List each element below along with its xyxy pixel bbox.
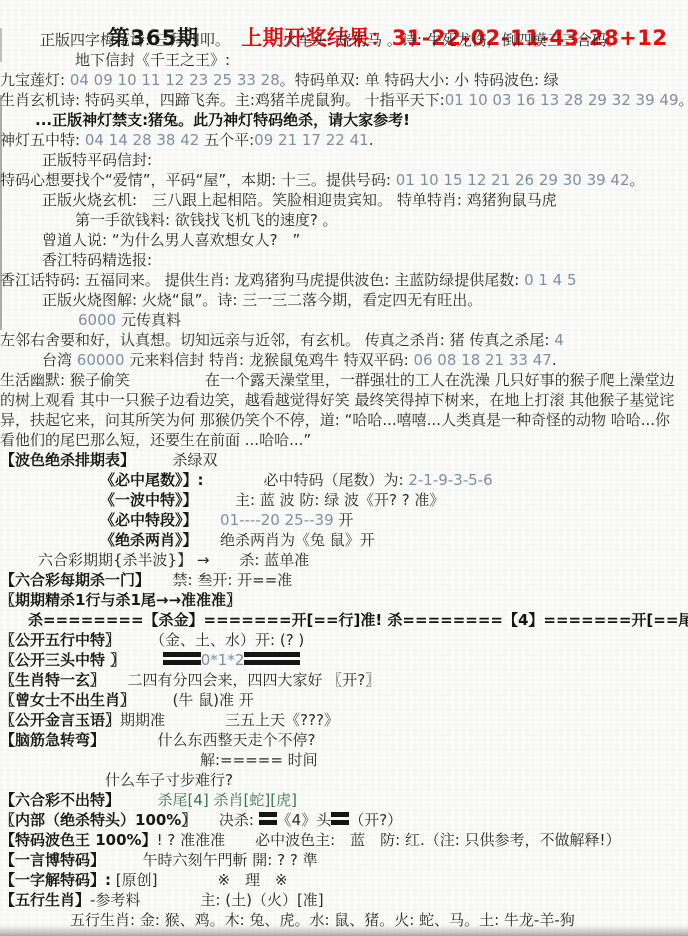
text-segment: 杀绿双 bbox=[128, 451, 218, 469]
text-segment: 01 10 15 12 21 26 29 30 39 42 bbox=[396, 171, 630, 189]
document-body: 正版四字梅花诗: 三拜四叩。 火车头: 烧伤马 。诗: 牛死龙伤，倒四模三三合码… bbox=[0, 29, 688, 930]
text-line: 【波色绝杀排期表】 杀绿双 bbox=[0, 450, 688, 470]
text-segment: 正版火烧玄机: 三八跟上起相陪。笑脸相迎贵宾知。 特单特肖: 鸡猪狗鼠马虎 bbox=[42, 191, 557, 209]
text-line: 香江特码精选报: bbox=[0, 250, 688, 270]
text-line: 杀========【杀金】=======开[==行]准! 杀========【4… bbox=[0, 610, 688, 630]
text-segment: 正版特平码信封: bbox=[42, 151, 152, 169]
text-line: 《绝杀两肖》】 绝杀两肖为《兔 鼠》开 bbox=[0, 530, 688, 550]
text-line: 《必中尾数》】: 必中特码（尾数）为: 2-1-9-3-5-6 bbox=[0, 470, 688, 490]
text-line: 地下信封《千王之王》: bbox=[0, 50, 688, 70]
text-segment: 六合彩期期{杀半波}】 → 杀: 蓝单准 bbox=[38, 551, 309, 569]
text-segment: 【脑筋急转弯】 bbox=[0, 731, 98, 749]
text-segment: ...正版神灯禁支:猪兔。此乃神灯特码绝杀，请大家参考! bbox=[35, 111, 410, 129]
text-line: 第一手欲钱料: 欲钱找飞机飞的速度? 。 bbox=[0, 210, 688, 230]
text-segment: 【波色绝杀排期表】 bbox=[0, 451, 128, 469]
scan-artifact-top bbox=[0, 28, 2, 62]
text-segment: 〖公开三头中特 〗 bbox=[0, 651, 118, 669]
text-segment: 【特码波色王 100%】 bbox=[0, 831, 157, 849]
text-segment: 〖生肖特一玄〗 bbox=[0, 671, 98, 689]
text-line: 【特码波色王 100%】! ? 准准准 必中波色主: 蓝 防: 红.（注: 只供… bbox=[0, 830, 688, 850]
text-segment: 〖期期精杀1行与杀1尾→→准准准〗 bbox=[0, 591, 241, 609]
text-segment: 曾道人说: “为什么男人喜欢想女人? ” bbox=[42, 231, 300, 249]
text-segment: 【一言博特码】 bbox=[0, 851, 98, 869]
text-line: 〖公开五行中特〗 （金、土、水）开: (? ) bbox=[0, 630, 688, 650]
text-segment: 〖内部（绝杀特头）100%〗 bbox=[0, 811, 189, 829]
text-segment: 主: 蓝 波 防: 绿 波《开? ? 准》 bbox=[190, 491, 444, 509]
text-segment: 《必中特段》】 bbox=[100, 511, 190, 529]
text-segment: 必中特码（尾数）为: bbox=[204, 471, 409, 489]
text-segment: 【六合彩不出特】 bbox=[0, 791, 113, 809]
text-line: 【一言博特码】 午時六刻午門斬 開: ? ? 準 bbox=[0, 850, 688, 870]
text-line: 神灯五中特: 04 14 28 38 42 五个平:09 21 17 22 41… bbox=[0, 130, 688, 150]
text-line: 看他们的尾巴那么短，还要生在前面 ...哈哈...” bbox=[0, 430, 688, 450]
text-segment: 【一字解特码】: bbox=[0, 871, 111, 889]
text-line: 【脑筋急转弯】 什么东西整天走个不停? bbox=[0, 730, 688, 750]
text-line: ...正版神灯禁支:猪兔。此乃神灯特码绝杀，请大家参考! bbox=[0, 110, 688, 130]
text-segment: 杀========【杀金】=======开[==行]准! 杀========【4… bbox=[28, 611, 688, 629]
text-segment: 60000 bbox=[77, 351, 125, 369]
text-segment: 生肖玄机诗: 特码买单，四蹄飞奔。主:鸡猪羊虎鼠狗。 十指平天下: bbox=[0, 91, 445, 109]
text-segment: 01----20 25--39 bbox=[220, 511, 334, 529]
text-line: 《必中特段》】 01----20 25--39 开 bbox=[0, 510, 688, 530]
text-segment: [原创] ※ 理 ※ bbox=[111, 871, 288, 889]
text-line: 香江话特码: 五福同来。 提供生肖: 龙鸡猪狗马虎提供波色: 主蓝防绿提供尾数:… bbox=[0, 270, 688, 290]
text-segment: （开?） bbox=[349, 811, 402, 829]
text-segment bbox=[118, 651, 163, 669]
text-segment: 决杀: bbox=[189, 811, 259, 829]
text-segment: 第一手欲钱料: 欲钱找飞机飞的速度? 。 bbox=[75, 211, 338, 229]
text-segment: 左邻右舍要和好，认真想。切知远亲与近邻，有玄机。 传真之杀肖: 猪 传真之杀尾: bbox=[0, 331, 554, 349]
text-line: 【六合彩不出特】 杀尾[4] 杀肖[蛇][虎] bbox=[0, 790, 688, 810]
text-segment: 异，扶起它来，问其所笑为何 那猴仍笑个不停，道: “哈哈...嘻嘻...人类真是… bbox=[0, 411, 670, 429]
text-line: 左邻右舍要和好，认真想。切知远亲与近邻，有玄机。 传真之杀肖: 猪 传真之杀尾:… bbox=[0, 330, 688, 350]
text-segment: 二四有分四会来，四四大家好 〖开?〗 bbox=[98, 671, 381, 689]
text-segment: 看他们的尾巴那么短，还要生在前面 ...哈哈...” bbox=[0, 431, 311, 449]
text-segment: 09 21 17 22 41 bbox=[254, 131, 369, 149]
text-line: 正版火烧玄机: 三八跟上起相陪。笑脸相迎贵宾知。 特单特肖: 鸡猪狗鼠马虎 bbox=[0, 190, 688, 210]
text-line: 的树上观看 其中一只猴子边看边笑，越看越觉得好笑 最终笑得掉下树来，在地上打滚 … bbox=[0, 390, 688, 410]
text-segment: 期期准 三五上天《???》 bbox=[120, 711, 339, 729]
text-segment: 《绝杀两肖》】 bbox=[100, 531, 190, 549]
text-segment: 04 14 28 38 42 bbox=[85, 131, 200, 149]
text-segment: 〖公开金言玉语〗 bbox=[0, 711, 120, 729]
text-segment: 解:===== 时间 bbox=[200, 751, 318, 769]
text-segment: 6000 bbox=[78, 311, 116, 329]
text-segment: . bbox=[369, 131, 374, 149]
text-line: 〖公开三头中特 〗 0*1*2 bbox=[0, 650, 688, 670]
text-segment: 的树上观看 其中一只猴子边看边笑，越看越觉得好笑 最终笑得掉下树来，在地上打滚 … bbox=[0, 391, 674, 409]
black-bar bbox=[259, 812, 277, 825]
text-segment: 04 09 10 11 12 23 25 33 28 bbox=[70, 71, 280, 89]
text-line: 【一字解特码】: [原创] ※ 理 ※ bbox=[0, 870, 688, 890]
text-segment: 神灯五中特: bbox=[0, 131, 85, 149]
text-segment: 06 08 18 21 33 47 bbox=[413, 351, 551, 369]
text-segment: (牛 鼠)准 开 bbox=[128, 691, 254, 709]
text-segment: 〖曾女士不出生肖〗 bbox=[0, 691, 128, 709]
text-line: 特码心想要找个“爱情”，平码“屋”，本期: 十三。提供号码: 01 10 15 … bbox=[0, 170, 688, 190]
text-line: 〖曾女士不出生肖〗 (牛 鼠)准 开 bbox=[0, 690, 688, 710]
text-segment: . bbox=[552, 351, 557, 369]
text-line: 《一波中特》】 主: 蓝 波 防: 绿 波《开? ? 准》 bbox=[0, 490, 688, 510]
text-segment: 《一波中特》】 bbox=[100, 491, 190, 509]
text-segment: 禁: 叁开: 开==准 bbox=[143, 571, 293, 589]
text-line: 解:===== 时间 bbox=[0, 750, 688, 770]
text-segment: 《4》头 bbox=[277, 811, 332, 829]
text-segment: 香江话特码: 五福同来。 提供生肖: 龙鸡猪狗马虎提供波色: 主蓝防绿提供尾数: bbox=[0, 271, 524, 289]
text-line: 九宝莲灯: 04 09 10 11 12 23 25 33 28。特码单双: 单… bbox=[0, 70, 688, 90]
text-segment: 什么东西整天走个不停? bbox=[98, 731, 316, 749]
text-segment: 〖公开五行中特〗 bbox=[0, 631, 113, 649]
text-segment: 九宝莲灯: bbox=[0, 71, 70, 89]
text-line: 6000 元传真料 bbox=[0, 310, 688, 330]
text-line: 〖内部（绝杀特头）100%〗 决杀: 《4》头（开?） bbox=[0, 810, 688, 830]
text-segment: 开 bbox=[334, 511, 354, 529]
text-line: 生肖玄机诗: 特码买单，四蹄飞奔。主:鸡猪羊虎鼠狗。 十指平天下:01 10 0… bbox=[0, 90, 688, 110]
text-segment: 【五行生肖】 bbox=[0, 891, 90, 909]
text-segment: 。 bbox=[630, 171, 645, 189]
scan-artifact-left bbox=[0, 95, 2, 330]
text-line: 正版特平码信封: bbox=[0, 150, 688, 170]
text-segment: 地下信封《千王之王》: bbox=[75, 51, 230, 69]
text-segment: 【六合彩每期杀一门】 bbox=[0, 571, 143, 589]
text-segment: （金、土、水）开: (? ) bbox=[113, 631, 305, 649]
text-line: 什么车子寸步难行? bbox=[0, 770, 688, 790]
text-segment: 。特码单双: 单 特码大小: 小 特码波色: 绿 bbox=[280, 71, 559, 89]
text-line: 六合彩期期{杀半波}】 → 杀: 蓝单准 bbox=[0, 550, 688, 570]
text-line: 正版四字梅花诗: 三拜四叩。 火车头: 烧伤马 。诗: 牛死龙伤，倒四模三三合码… bbox=[0, 30, 688, 50]
text-line: 〖生肖特一玄〗 二四有分四会来，四四大家好 〖开?〗 bbox=[0, 670, 688, 690]
text-segment: -参考料 主: (土)（火）[准] bbox=[90, 891, 324, 909]
text-line: 异，扶起它来，问其所笑为何 那猴仍笑个不停，道: “哈哈...嘻嘻...人类真是… bbox=[0, 410, 688, 430]
text-segment: 杀尾[4] 杀肖[蛇][虎] bbox=[158, 791, 297, 809]
text-segment: 。 bbox=[679, 91, 688, 109]
text-segment: 香江特码精选报: bbox=[42, 251, 152, 269]
text-segment: 台湾 bbox=[42, 351, 77, 369]
text-segment: 午時六刻午門斬 開: ? ? 準 bbox=[98, 851, 318, 869]
text-line: 台湾 60000 元来料信封 特肖: 龙猴鼠兔鸡牛 特双平码: 06 08 18… bbox=[0, 350, 688, 370]
title-bar: 第365期上期开奖结果：31-22-02-11-43-28+12 bbox=[0, 0, 688, 29]
lottery-tip-sheet: 第365期上期开奖结果：31-22-02-11-43-28+12 正版四字梅花诗… bbox=[0, 0, 688, 936]
text-segment: ! ? 准准准 必中波色主: 蓝 防: 红.（注: 只供参考，不做解释!） bbox=[157, 831, 621, 849]
text-segment: 《必中尾数》】: bbox=[100, 471, 204, 489]
text-segment: 正版火烧图解: 火烧“鼠”。诗: 三一三二落今期，看定四无有旺出。 bbox=[42, 291, 482, 309]
text-segment: 0*1*2 bbox=[201, 651, 245, 669]
text-segment: 4 bbox=[554, 331, 564, 349]
text-segment: 正版四字梅花诗: 三拜四叩。 火车头: 烧伤马 。诗: 牛死龙伤，倒四模三三合码… bbox=[40, 31, 622, 49]
text-line: 生活幽默: 猴子偷笑 在一个露天澡堂里，一群强壮的工人在洗澡 几只好事的猴子爬上… bbox=[0, 370, 688, 390]
text-segment: 01 10 03 16 13 28 29 32 39 49 bbox=[445, 91, 679, 109]
text-segment bbox=[113, 791, 158, 809]
text-segment: 元来料信封 特肖: 龙猴鼠兔鸡牛 特双平码: bbox=[125, 351, 414, 369]
text-segment: 2-1-9-3-5-6 bbox=[408, 471, 492, 489]
text-segment: 什么车子寸步难行? bbox=[105, 771, 233, 789]
text-segment: 0 1 4 5 bbox=[524, 271, 576, 289]
black-bar bbox=[163, 652, 201, 665]
black-bar bbox=[331, 812, 349, 825]
text-segment: 五个平: bbox=[199, 131, 254, 149]
text-segment: 特码心想要找个“爱情”，平码“屋”，本期: 十三。提供号码: bbox=[0, 171, 396, 189]
text-line: 〖期期精杀1行与杀1尾→→准准准〗 bbox=[0, 590, 688, 610]
text-line: 【五行生肖】-参考料 主: (土)（火）[准] bbox=[0, 890, 688, 910]
text-segment: 绝杀两肖为《兔 鼠》开 bbox=[190, 531, 375, 549]
black-bar bbox=[244, 652, 300, 665]
scan-shadow-bottom bbox=[0, 925, 688, 936]
text-line: 曾道人说: “为什么男人喜欢想女人? ” bbox=[0, 230, 688, 250]
text-segment: 元传真料 bbox=[116, 311, 181, 329]
text-line: 〖公开金言玉语〗期期准 三五上天《???》 bbox=[0, 710, 688, 730]
text-segment bbox=[190, 511, 220, 529]
text-segment: 生活幽默: 猴子偷笑 在一个露天澡堂里，一群强壮的工人在洗澡 几只好事的猴子爬上… bbox=[0, 371, 675, 389]
text-line: 【六合彩每期杀一门】 禁: 叁开: 开==准 bbox=[0, 570, 688, 590]
text-line: 正版火烧图解: 火烧“鼠”。诗: 三一三二落今期，看定四无有旺出。 bbox=[0, 290, 688, 310]
